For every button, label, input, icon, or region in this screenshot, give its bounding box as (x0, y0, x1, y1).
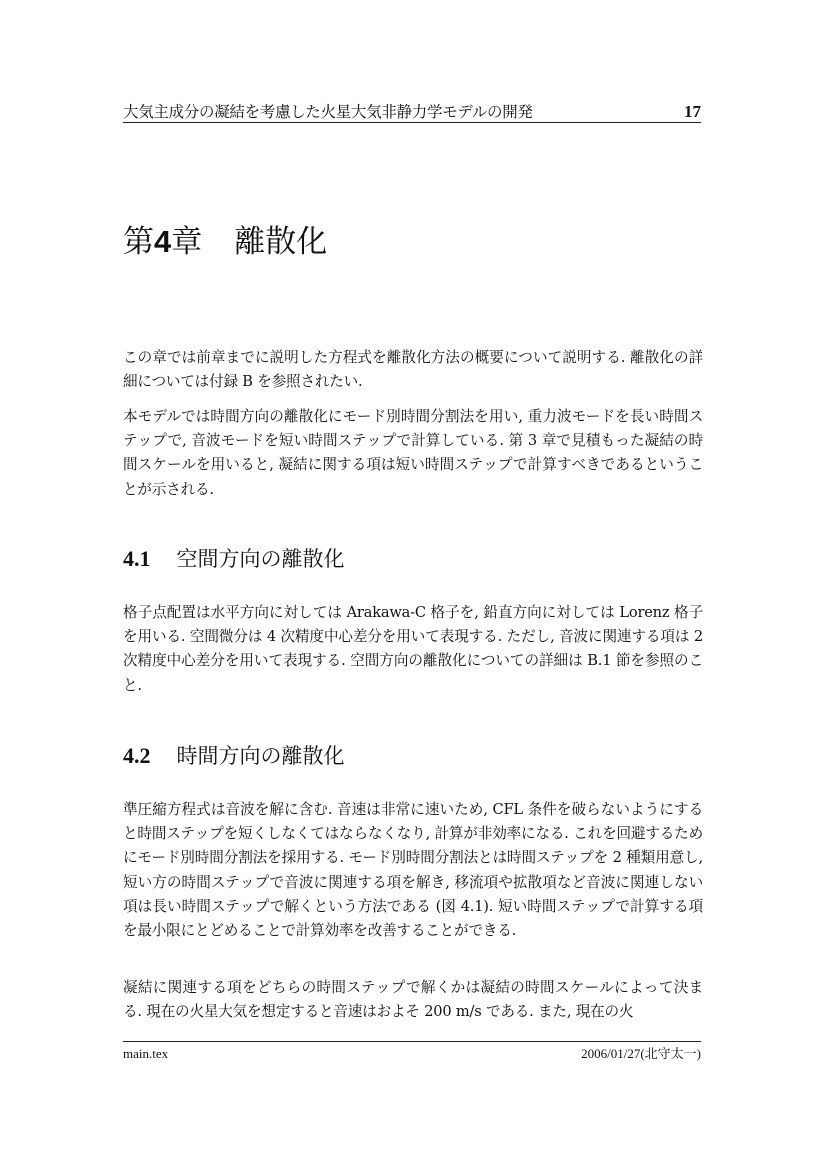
section-title-text: 時間方向の離散化 (177, 744, 345, 768)
section-4-2-paragraph-2: 凝結に関連する項をどちらの時間ステップで解くかは凝結の時間スケールによって決まる… (123, 976, 703, 1024)
intro-paragraph-2: 本モデルでは時間方向の離散化にモード別時間分割法を用い, 重力波モードを長い時間… (123, 405, 703, 502)
section-heading-4-1: 4.1空間方向の離散化 (123, 548, 345, 570)
section-number: 4.1 (123, 546, 151, 571)
running-header: 大気主成分の凝結を考慮した火星大気非静力学モデルの開発 17 (123, 98, 701, 123)
running-footer: main.tex 2006/01/27(北守太一) (123, 1041, 701, 1061)
chapter-number: 4 (154, 224, 171, 259)
document-page: 大気主成分の凝結を考慮した火星大気非静力学モデルの開発 17 第4章離散化 この… (0, 0, 826, 1169)
chapter-name: 離散化 (234, 224, 327, 260)
section-title-text: 空間方向の離散化 (177, 547, 345, 571)
section-number: 4.2 (123, 743, 151, 768)
section-4-2-paragraph-1: 準圧縮方程式は音波を解に含む. 音速は非常に速いため, CFL 条件を破らないよ… (123, 798, 703, 943)
chapter-suffix: 章 (171, 224, 202, 260)
footer-filename: main.tex (123, 1047, 168, 1061)
footer-date-author: 2006/01/27(北守太一) (581, 1047, 701, 1061)
running-header-title: 大気主成分の凝結を考慮した火星大気非静力学モデルの開発 (123, 105, 533, 121)
chapter-prefix: 第 (123, 224, 154, 260)
chapter-title: 第4章離散化 (123, 226, 327, 258)
intro-paragraph-1: この章では前章までに説明した方程式を離散化方法の概要について説明する. 離散化の… (123, 346, 703, 394)
page-number: 17 (684, 103, 701, 120)
section-4-1-paragraph-1: 格子点配置は水平方向に対しては Arakawa-C 格子を, 鉛直方向に対しては… (123, 601, 703, 698)
section-heading-4-2: 4.2時間方向の離散化 (123, 745, 345, 767)
